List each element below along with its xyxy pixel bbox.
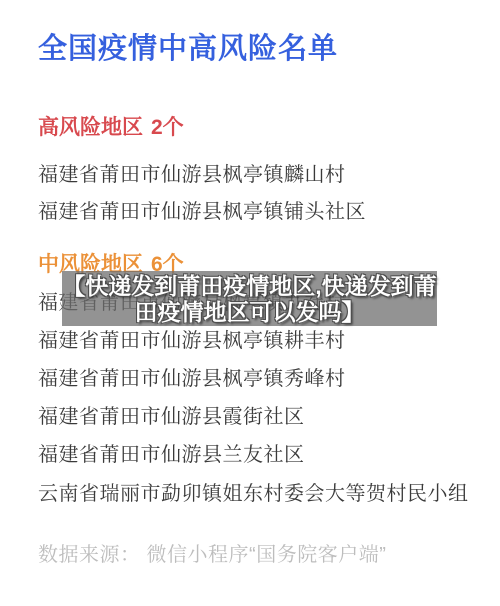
watermark-text-line1: 【快递发到莆田疫情地区,快递发到莆 (62, 273, 436, 299)
risk-area-item: 福建省莆田市仙游县霞街社区 (38, 400, 305, 429)
risk-area-item: 云南省瑞丽市勐卯镇姐东村委会大等贺村民小组 (38, 477, 469, 506)
watermark-overlay: 【快递发到莆田疫情地区,快递发到莆 田疫情地区可以发吗】 (62, 271, 437, 326)
risk-area-item: 福建省莆田市仙游县兰友社区 (38, 438, 305, 467)
risk-list-page: 全国疫情中高风险名单 高风险地区2个 福建省莆田市仙游县枫亭镇麟山村 福建省莆田… (0, 0, 500, 606)
risk-area-item: 福建省莆田市仙游县枫亭镇麟山村 (38, 158, 346, 187)
risk-area-item: 福建省莆田市仙游县枫亭镇耕丰村 (38, 324, 346, 353)
high-risk-count-badge: 2个 (151, 116, 184, 139)
watermark-text-line2: 田疫情地区可以发吗】 (135, 299, 365, 325)
data-source-footer: 数据来源： 微信小程序“国务院客户端” (38, 538, 386, 567)
page-title: 全国疫情中高风险名单 (38, 26, 338, 67)
high-risk-section-header: 高风险地区2个 (38, 111, 184, 141)
risk-area-item: 福建省莆田市仙游县枫亭镇秀峰村 (38, 362, 346, 391)
risk-area-item: 福建省莆田市仙游县枫亭镇铺头社区 (38, 195, 366, 224)
high-risk-label: 高风险地区 (38, 116, 143, 139)
